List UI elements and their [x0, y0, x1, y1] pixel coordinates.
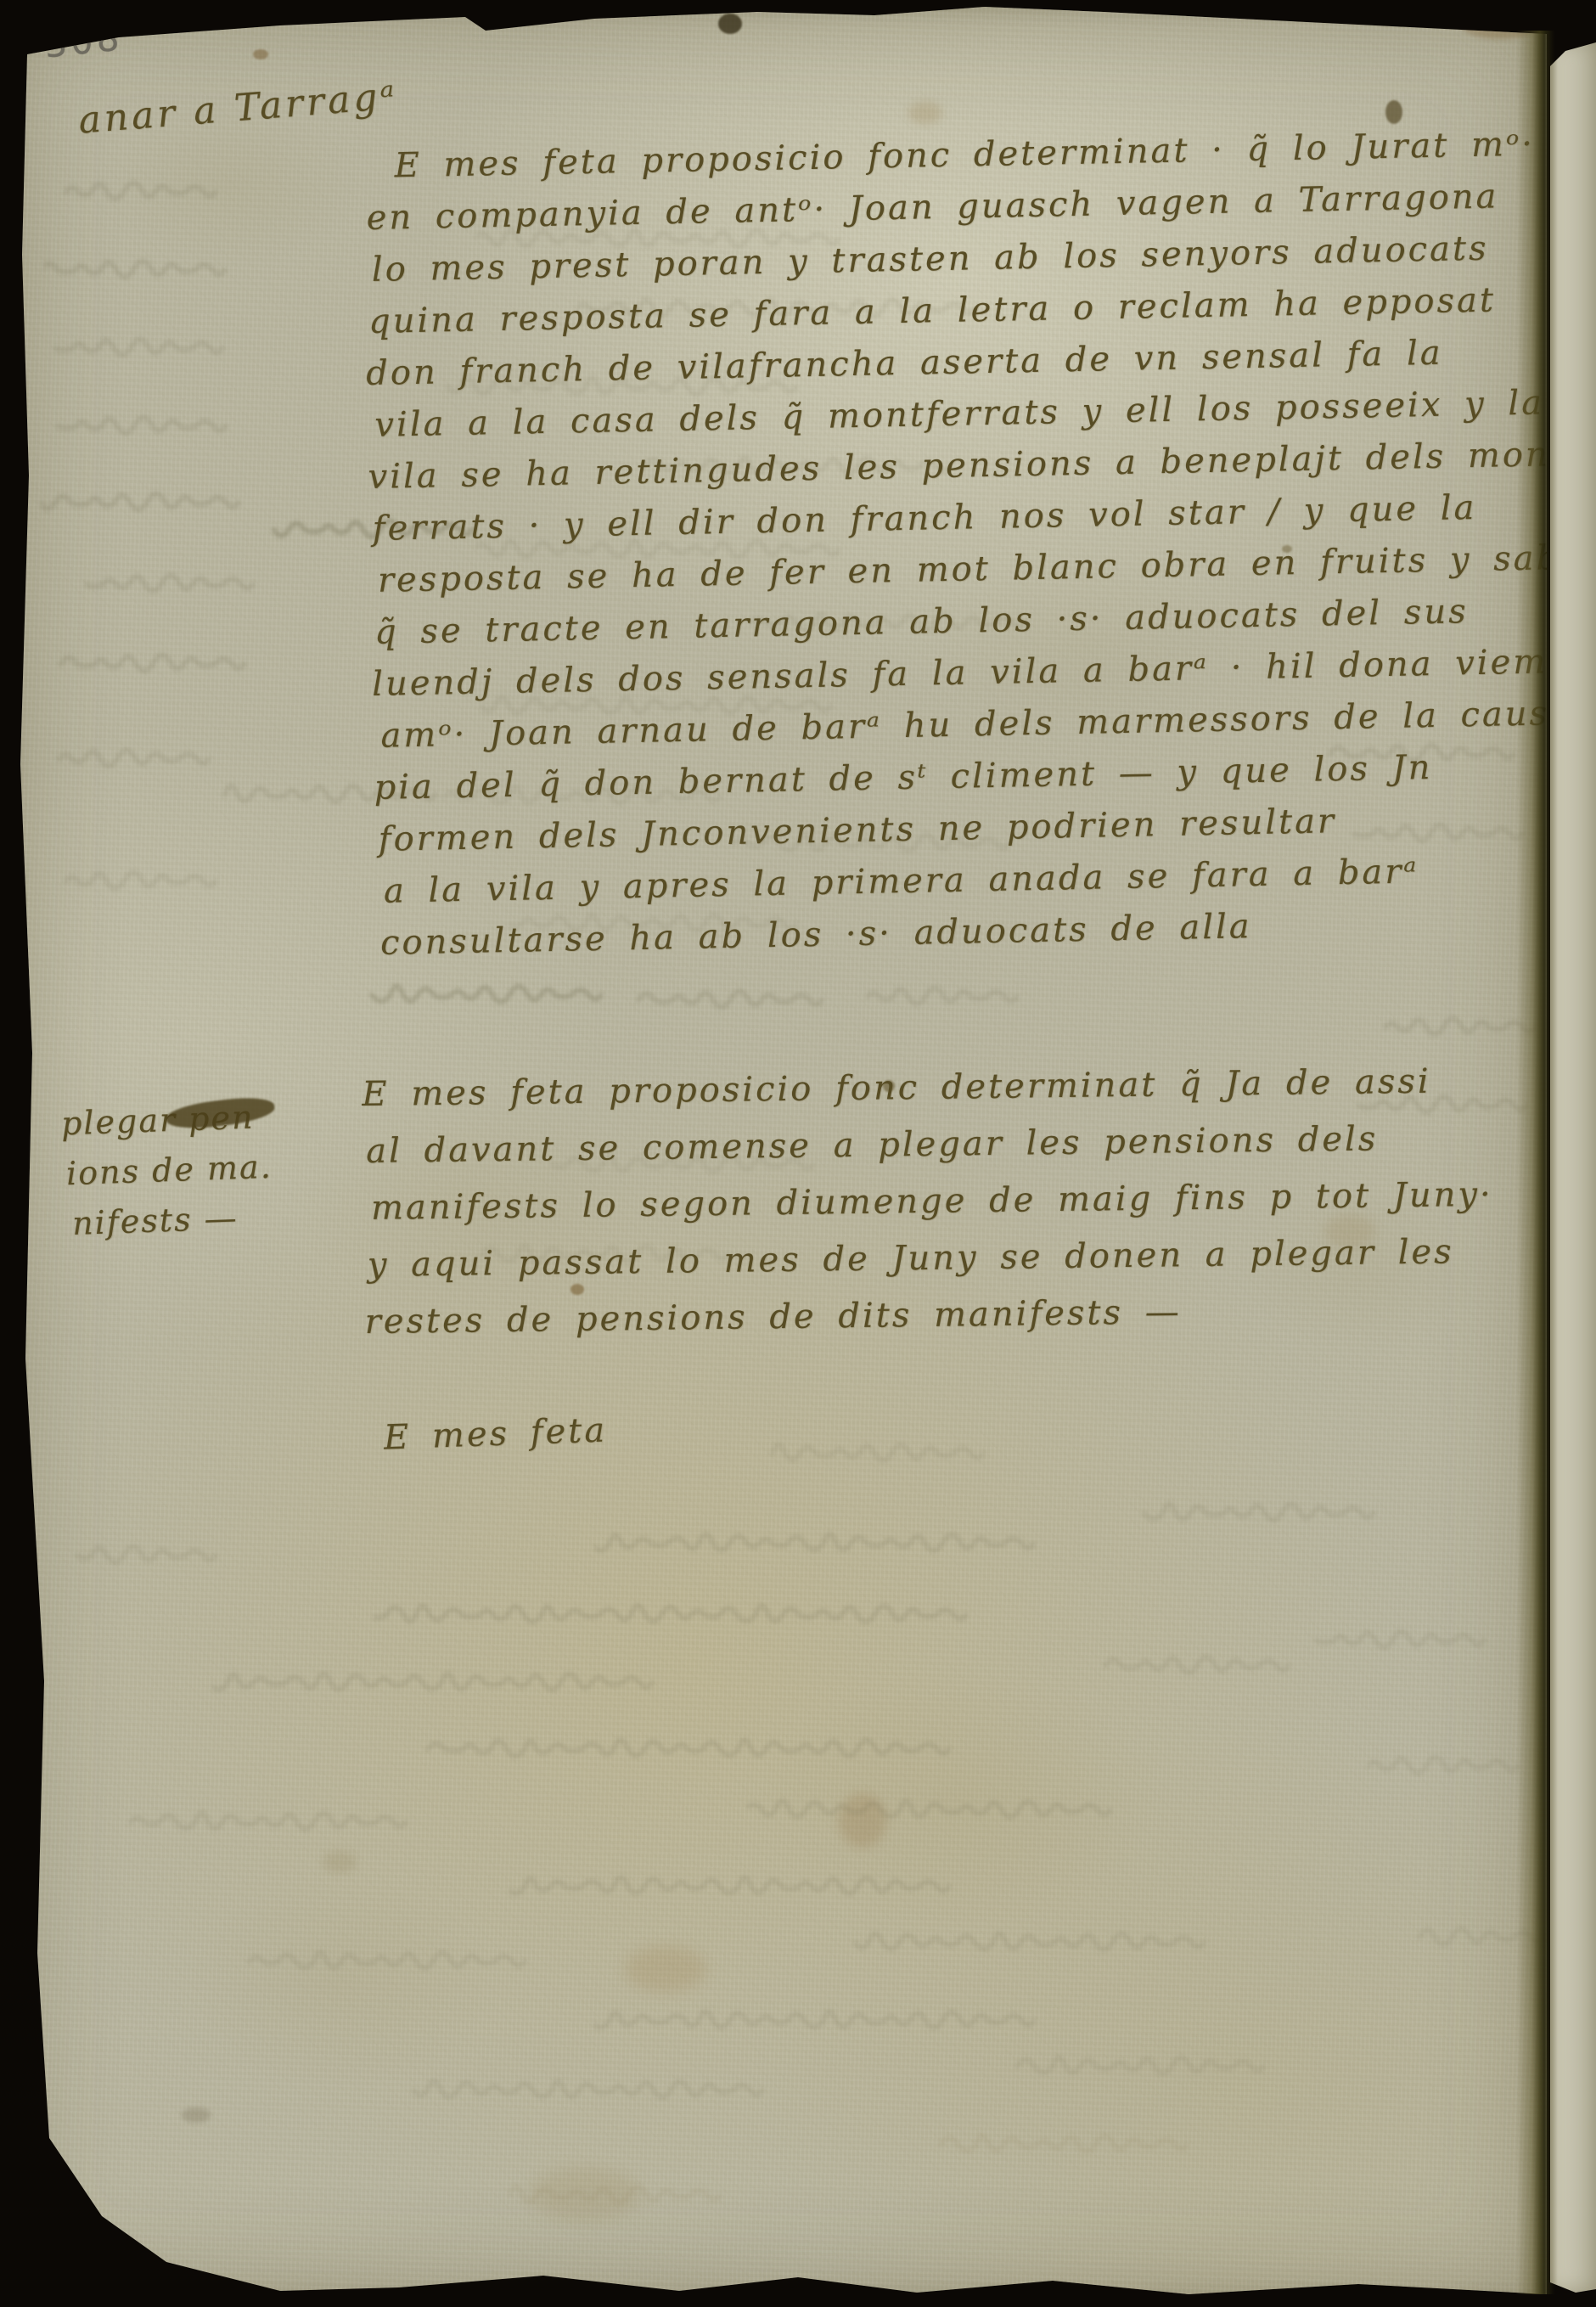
ghost-writing-mark — [1095, 1644, 1290, 1681]
adjacent-page-edge — [1550, 41, 1596, 2293]
ghost-writing-mark — [594, 1999, 1036, 2036]
ghost-writing-mark — [374, 1593, 968, 1630]
margin-note-plegar-pensions: plegar pen ions de ma. nifests — — [64, 1092, 275, 1249]
paper-stain — [625, 1946, 706, 1992]
ghost-writing-mark — [849, 1921, 1205, 1958]
paper-stain — [253, 49, 268, 59]
entry-second: E mes feta proposicio fonc determinat q̃… — [365, 1052, 1544, 1351]
catchword-e-mes-feta: E mes feta — [383, 1410, 608, 1457]
ghost-writing-mark — [56, 170, 217, 207]
margin-note-line: nifests — — [71, 1192, 279, 1249]
ghost-writing-mark — [54, 326, 224, 363]
binding-gutter-shadow — [1516, 31, 1555, 2294]
ghost-writing-mark — [1138, 1491, 1375, 1528]
ghost-writing-mark — [764, 1432, 985, 1469]
ghost-writing-mark — [44, 248, 227, 285]
ghost-writing-mark — [127, 1800, 407, 1837]
paper-stain — [182, 2107, 211, 2123]
ghost-writing-mark — [1367, 1744, 1520, 1781]
manuscript-scan: 308 anar a Tarragᵃ E mes feta proposicio… — [0, 0, 1596, 2307]
ghost-writing-mark — [594, 1522, 1036, 1559]
ghost-writing-mark — [1307, 1618, 1486, 1656]
margin-note-line: ions de ma. — [65, 1142, 273, 1199]
folio-number: 308 — [42, 16, 125, 65]
margin-note-anar-a-tarragona: anar a Tarragᵃ — [77, 74, 400, 142]
paper-stain — [323, 1851, 357, 1873]
ghost-writing-mark — [1375, 1005, 1537, 1043]
paper-stain — [908, 102, 942, 124]
ghost-writing-mark — [49, 404, 228, 442]
ghost-writing-mark — [212, 1661, 654, 1698]
manuscript-page: 308 anar a Tarragᵃ E mes feta proposicio… — [0, 0, 1547, 2307]
ghost-writing-mark — [49, 737, 211, 774]
ghost-writing-mark — [1010, 2045, 1265, 2082]
ghost-writing-mark — [747, 1788, 1112, 1826]
ghost-writing-mark — [73, 1533, 217, 1571]
paper-stain — [839, 1793, 886, 1848]
ghost-writing-mark — [56, 859, 217, 897]
ghost-writing-mark — [934, 2123, 1189, 2160]
ghost-writing-mark — [41, 481, 240, 518]
entry-first: E mes feta proposicio fonc determinat · … — [365, 118, 1556, 969]
ghost-writing-mark — [509, 1865, 951, 1902]
ghost-writing-mark — [246, 1939, 526, 1977]
ghost-writing-mark — [365, 973, 603, 1010]
paper-stain — [718, 14, 742, 34]
ghost-writing-mark — [866, 975, 1019, 1012]
ghost-writing-mark — [424, 1727, 951, 1764]
ghost-writing-mark — [628, 978, 823, 1016]
paper-stain — [530, 2167, 640, 2221]
ghost-writing-mark — [407, 2068, 764, 2106]
ghost-writing-mark — [51, 642, 246, 679]
ghost-writing-mark — [509, 2174, 722, 2211]
ghost-writing-mark — [85, 562, 255, 599]
